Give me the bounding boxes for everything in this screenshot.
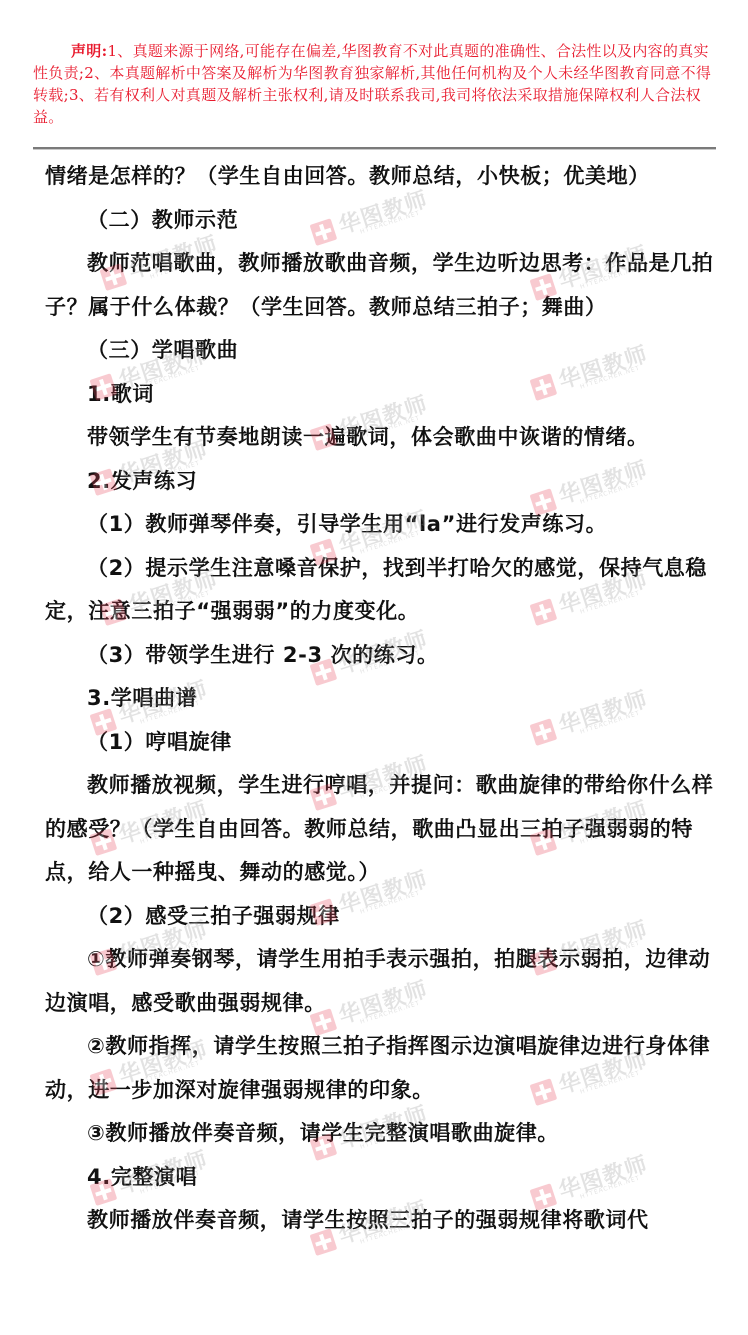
paragraph-lyrics: 带领学生有节奏地朗读一遍歌词，体会歌曲中诙谐的情绪。 [45, 416, 725, 460]
paragraph-triple-meter-3: ③教师播放伴奏音频，请学生完整演唱歌曲旋律。 [45, 1112, 725, 1156]
subheading-triple-meter: （2）感受三拍子强弱规律 [45, 895, 725, 939]
subheading-hum-melody: （1）哼唱旋律 [45, 721, 725, 765]
disclaimer: 声明:1、真题来源于网络,可能存在偏差,华图教育不对此真题的准确性、合法性以及内… [33, 40, 716, 128]
section-heading-teacher-demo: （二）教师示范 [45, 199, 725, 243]
subheading-lyrics: 1.歌词 [45, 373, 725, 417]
subheading-full-performance: 4.完整演唱 [45, 1156, 725, 1200]
paragraph-triple-meter-2: ②教师指挥，请学生按照三拍子指挥图示边演唱旋律边进行身体律动，进一步加深对旋律强… [45, 1025, 725, 1112]
header-divider [33, 147, 716, 150]
paragraph-vocal-2: （2）提示学生注意嗓音保护，找到半打哈欠的感觉，保持气息稳定，注意三拍子“强弱弱… [45, 547, 725, 634]
paragraph-hum-melody: 教师播放视频，学生进行哼唱，并提问：歌曲旋律的带给你什么样的感受？（学生自由回答… [45, 764, 725, 895]
paragraph-vocal-3: （3）带领学生进行 2-3 次的练习。 [45, 634, 725, 678]
paragraph-triple-meter-1: ①教师弹奏钢琴，请学生用拍手表示强拍，拍腿表示弱拍，边律动边演唱，感受歌曲强弱规… [45, 938, 725, 1025]
document-body: 情绪是怎样的？（学生自由回答。教师总结，小快板；优美地） （二）教师示范 教师范… [45, 155, 725, 1243]
disclaimer-text: 1、真题来源于网络,可能存在偏差,华图教育不对此真题的准确性、合法性以及内容的真… [33, 42, 711, 126]
section-heading-learn-song: （三）学唱歌曲 [45, 329, 725, 373]
subheading-learn-score: 3.学唱曲谱 [45, 677, 725, 721]
disclaimer-label: 声明: [71, 42, 107, 60]
paragraph-full-performance: 教师播放伴奏音频，请学生按照三拍子的强弱规律将歌词代 [45, 1199, 725, 1243]
paragraph-teacher-demo: 教师范唱歌曲，教师播放歌曲音频，学生边听边思考：作品是几拍子？属于什么体裁？（学… [45, 242, 725, 329]
paragraph-emotion-question: 情绪是怎样的？（学生自由回答。教师总结，小快板；优美地） [45, 155, 725, 199]
paragraph-vocal-1: （1）教师弹琴伴奏，引导学生用“la”进行发声练习。 [45, 503, 725, 547]
subheading-vocal-practice: 2.发声练习 [45, 460, 725, 504]
